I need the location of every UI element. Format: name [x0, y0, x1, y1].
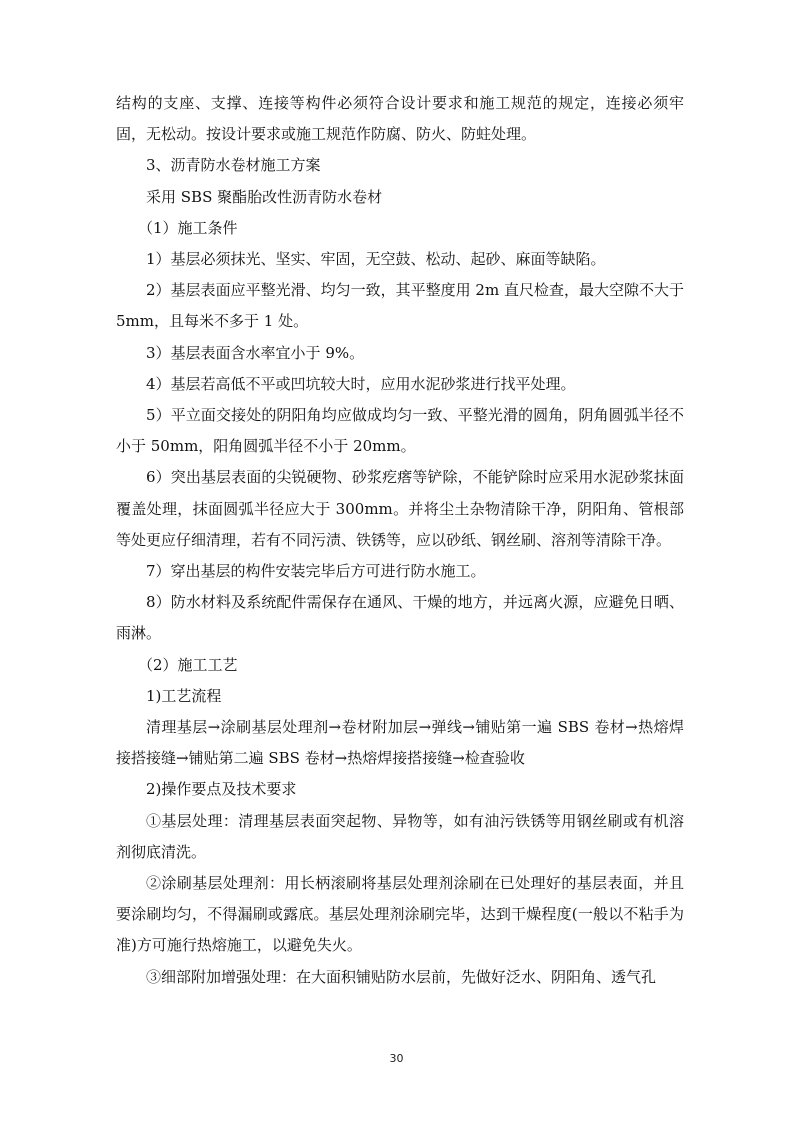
operation-point-1: ①基层处理：清理基层表面突起物、异物等，如有油污铁锈等用钢丝刷或有机溶剂彻底清洗…	[116, 806, 684, 868]
condition-item-4: 4）基层若高低不平或凹坑较大时，应用水泥砂浆进行找平处理。	[116, 369, 684, 400]
operation-points-heading: 2)操作要点及技术要求	[116, 774, 684, 805]
section-heading-asphalt-membrane: 3、沥青防水卷材施工方案	[116, 150, 684, 181]
operation-point-2: ②涂刷基层处理剂：用长柄滚刷将基层处理剂涂刷在已处理好的基层表面，并且要涂刷均匀…	[116, 868, 684, 962]
document-body: 结构的支座、支撑、连接等构件必须符合设计要求和施工规范的规定，连接必须牢固，无松…	[116, 88, 684, 993]
condition-item-2: 2）基层表面应平整光滑、均匀一致，其平整度用 2m 直尺检查，最大空隙不大于 5…	[116, 275, 684, 337]
material-statement: 采用 SBS 聚酯胎改性沥青防水卷材	[116, 182, 684, 213]
condition-item-1: 1）基层必须抹光、坚实、牢固，无空鼓、松动、起砂、麻面等缺陷。	[116, 244, 684, 275]
process-flow-steps: 清理基层→涂刷基层处理剂→卷材附加层→弹线→铺贴第一遍 SBS 卷材→热熔焊接搭…	[116, 712, 684, 774]
condition-item-8: 8）防水材料及系统配件需保存在通风、干燥的地方，并远离火源，应避免日晒、雨淋。	[116, 587, 684, 649]
condition-item-7: 7）穿出基层的构件安装完毕后方可进行防水施工。	[116, 556, 684, 587]
operation-point-3: ③细部附加增强处理：在大面积铺贴防水层前，先做好泛水、阴阳角、透气孔	[116, 962, 684, 993]
process-flow-heading: 1)工艺流程	[116, 681, 684, 712]
subheading-conditions: （1）施工条件	[116, 213, 684, 244]
subheading-process: （2）施工工艺	[116, 650, 684, 681]
condition-item-5: 5）平立面交接处的阴阳角均应做成均匀一致、平整光滑的圆角，阴角圆弧半径不小于 5…	[116, 400, 684, 462]
condition-item-6: 6）突出基层表面的尖锐硬物、砂浆疙瘩等铲除，不能铲除时应采用水泥砂浆抹面覆盖处理…	[116, 462, 684, 556]
paragraph-continuation: 结构的支座、支撑、连接等构件必须符合设计要求和施工规范的规定，连接必须牢固，无松…	[116, 88, 684, 150]
condition-item-3: 3）基层表面含水率宜小于 9%。	[116, 338, 684, 369]
page-number: 30	[0, 1052, 793, 1065]
